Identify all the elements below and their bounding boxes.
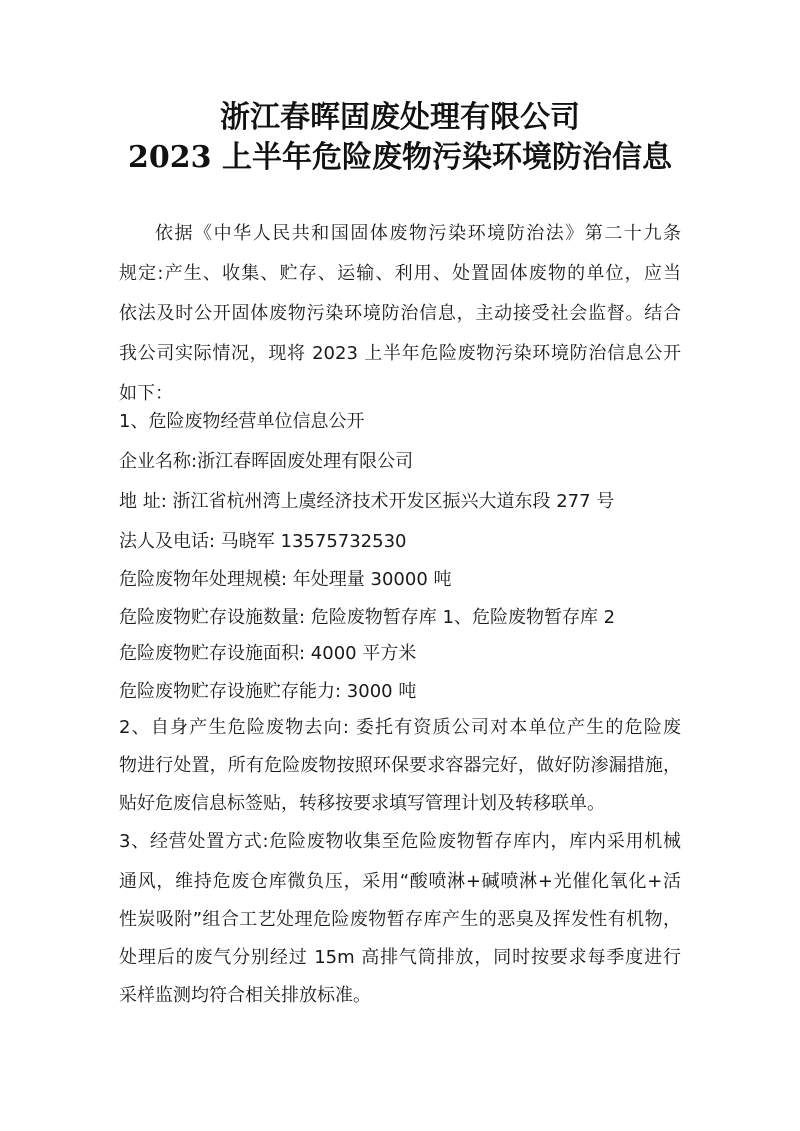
document-page: 浙江春晖固废处理有限公司 2023 上半年危险废物污染环境防治信息 依据《中华人…: [0, 0, 800, 1131]
field-address: 地 址: 浙江省杭州湾上虞经济技术开发区振兴大道东段 277 号: [119, 490, 614, 514]
section3-line-5: 采样监测均符合相关排放标准。: [119, 984, 371, 1008]
field-storage-capacity: 危险废物贮存设施贮存能力: 3000 吨: [119, 680, 416, 704]
field-company-name: 企业名称:浙江春晖固废处理有限公司: [119, 450, 413, 474]
section3-line-2: 通风，维持危废仓库微负压，采用“酸喷淋+碱喷淋+光催化氧化+活: [119, 870, 681, 894]
field-storage-count: 危险废物贮存设施数量: 危险废物暂存库 1、危险废物暂存库 2: [119, 606, 615, 630]
document-title-company: 浙江春晖固废处理有限公司: [0, 98, 800, 138]
section2-line-3: 贴好危废信息标签贴，转移按要求填写管理计划及转移联单。: [119, 792, 605, 816]
field-annual-capacity: 危险废物年处理规模: 年处理量 30000 吨: [119, 568, 452, 592]
document-title-subject: 2023 上半年危险废物污染环境防治信息: [0, 138, 800, 178]
field-legal-rep-phone: 法人及电话: 马晓军 13575732530: [119, 530, 406, 554]
intro-line-1: 依据《中华人民共和国固体废物污染环境防治法》第二十九条: [155, 222, 681, 246]
section2-line-2: 物进行处置，所有危险废物按照环保要求容器完好，做好防渗漏措施，: [119, 754, 681, 778]
field-storage-area: 危险废物贮存设施面积: 4000 平方米: [119, 642, 416, 666]
section3-line-3: 性炭吸附”组合工艺处理危险废物暂存库产生的恶臭及挥发性有机物，: [119, 908, 681, 932]
intro-line-2: 规定:产生、收集、贮存、运输、利用、处置固体废物的单位，应当: [119, 262, 681, 286]
intro-line-3: 依法及时公开固体废物污染环境防治信息，主动接受社会监督。结合: [119, 302, 681, 326]
section3-line-4: 处理后的废气分别经过 15m 高排气筒排放，同时按要求每季度进行: [119, 946, 681, 970]
section3-line-1: 3、经营处置方式:危险废物收集至危险废物暂存库内，库内采用机械: [119, 830, 681, 854]
section1-heading: 1、危险废物经营单位信息公开: [119, 410, 364, 434]
intro-line-4: 我公司实际情况，现将 2023 上半年危险废物污染环境防治信息公开: [119, 342, 681, 366]
section2-line-1: 2、自身产生危险废物去向: 委托有资质公司对本单位产生的危险废: [119, 716, 681, 740]
intro-line-5: 如下：: [119, 382, 173, 406]
